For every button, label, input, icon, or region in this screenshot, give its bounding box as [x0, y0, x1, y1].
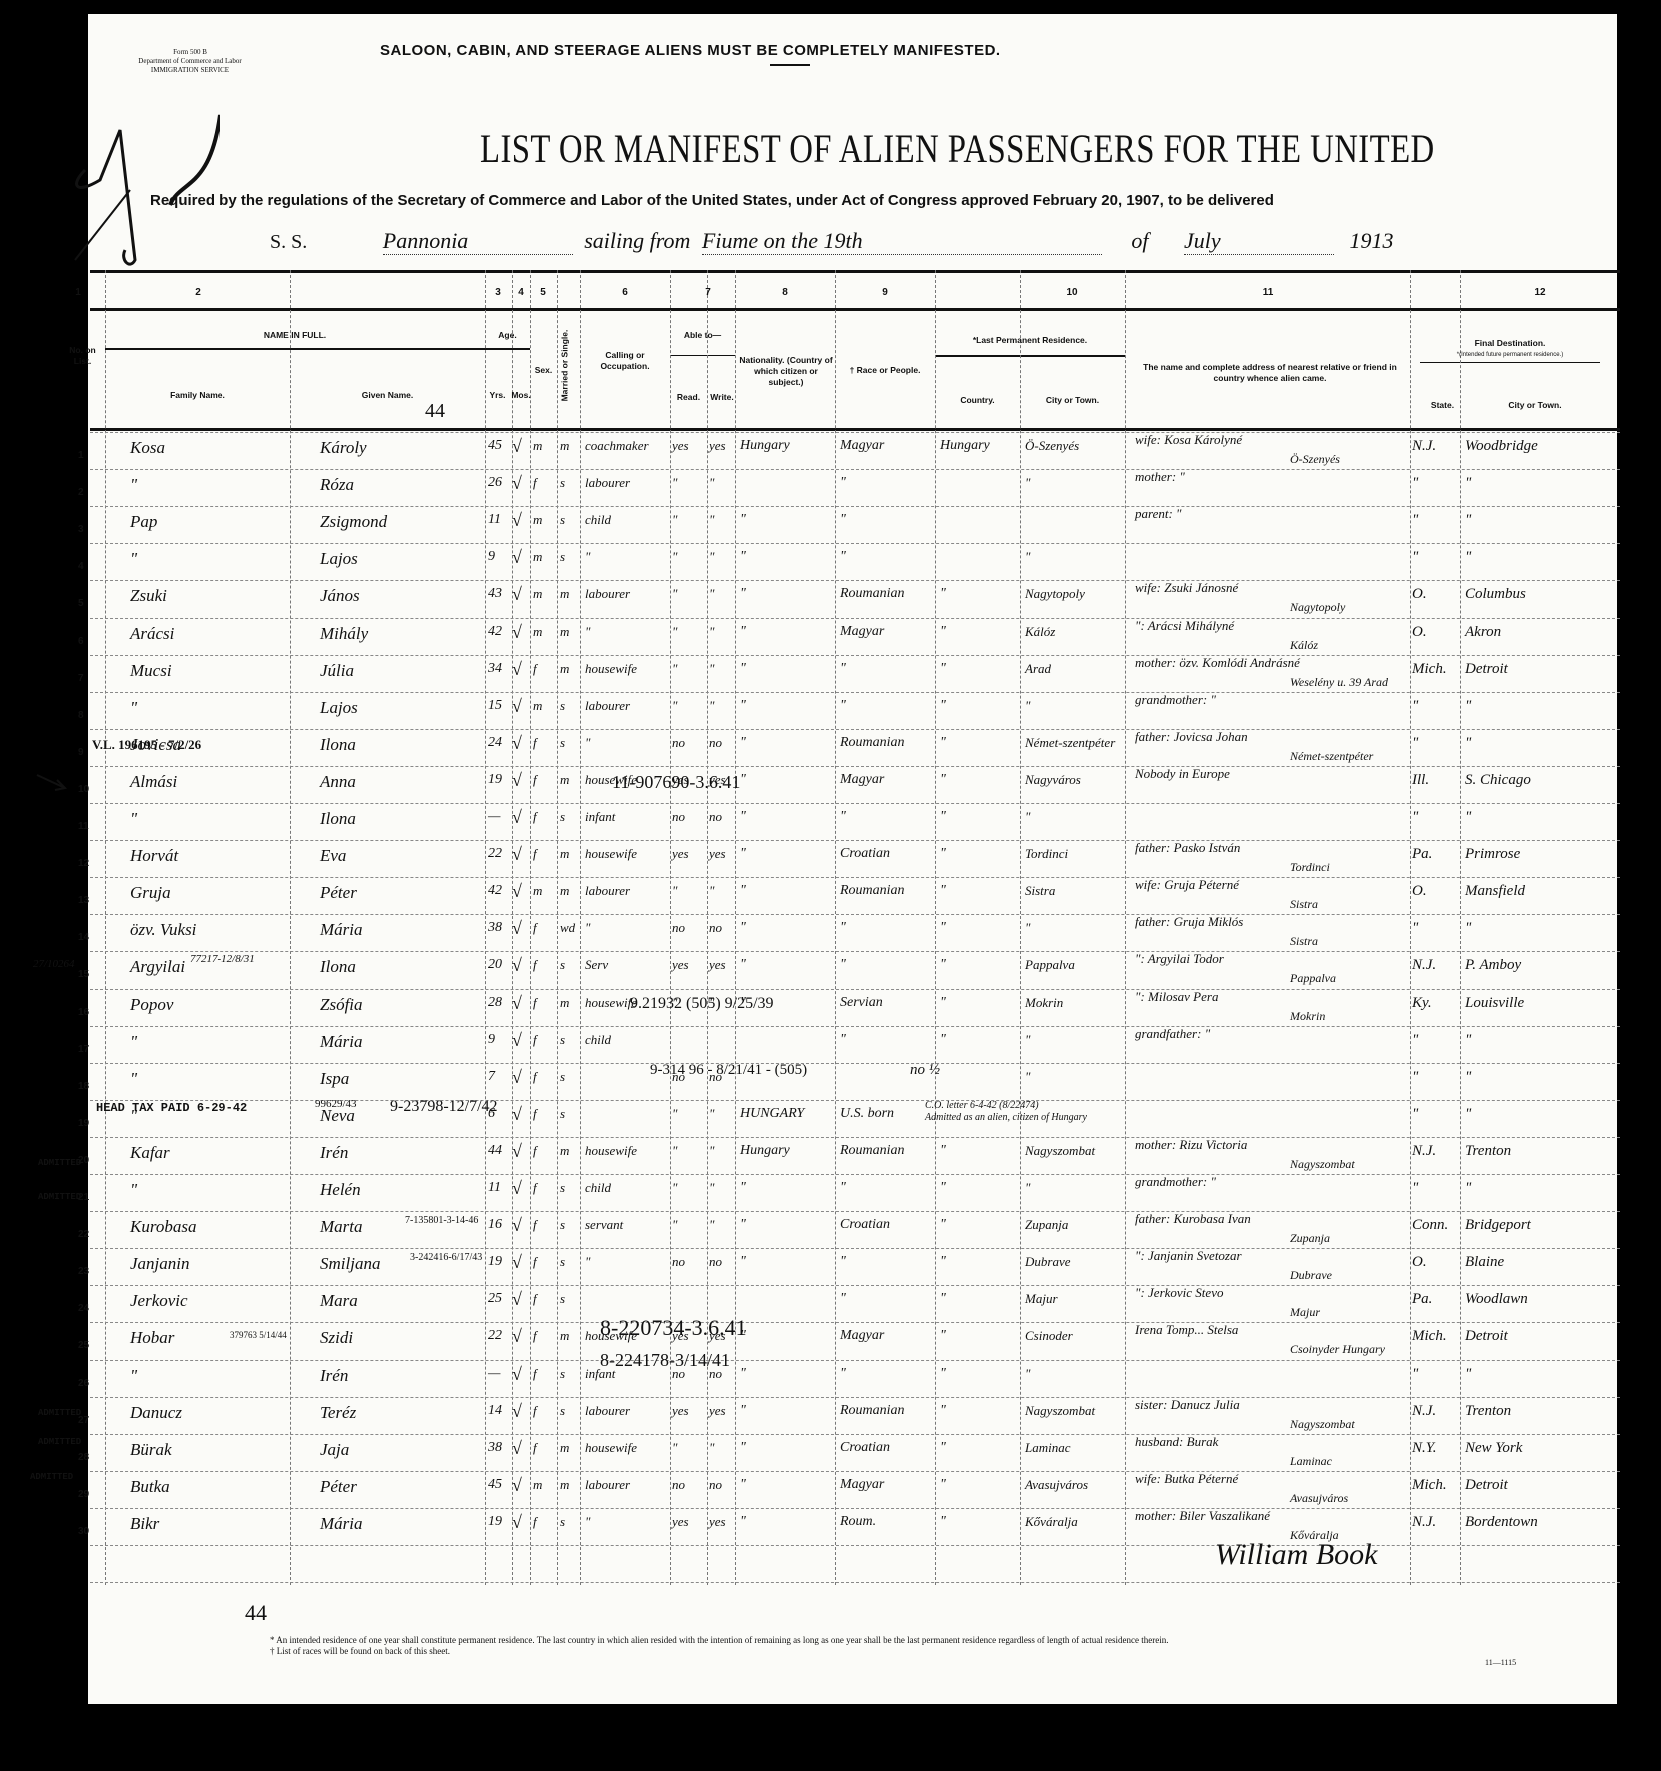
relative-cell: parent: " — [1135, 506, 1182, 522]
row-number: 30 — [78, 1526, 89, 1537]
grid-row-line — [90, 1582, 1620, 1583]
age-cell: 15 — [488, 698, 502, 714]
destination-city-cell: Trenton — [1465, 1143, 1511, 1160]
write-cell: " — [709, 661, 714, 677]
read-cell: no — [672, 920, 685, 936]
family-name-cell: Jerkovic — [130, 1291, 188, 1311]
state-cell: " — [1412, 698, 1418, 715]
annotation-row16: 9.21932 (505) 9/25/39 — [630, 995, 774, 1013]
occupation-cell: labourer — [585, 698, 630, 714]
read-cell: " — [672, 624, 677, 640]
scan-bottom-border — [0, 1706, 1661, 1771]
nationality-cell: " — [740, 512, 746, 528]
state-cell: Pa. — [1412, 846, 1432, 863]
age-cell: 26 — [488, 475, 502, 491]
of-label: of — [1131, 228, 1148, 253]
relative-cell: mother: Biler Vaszalikané — [1135, 1508, 1270, 1524]
table-row: 22KurobasaMarta16fsservant"""Croatian"Zu… — [0, 1211, 1590, 1248]
age-cell: 45 — [488, 438, 502, 454]
write-cell: " — [709, 512, 714, 528]
marital-cell: m — [560, 1477, 569, 1493]
annotation-row9: V.L. 196195 - 7/2/26 — [92, 737, 201, 753]
table-row: 8"Lajos15mslabourer""""""grandmother: ""… — [0, 692, 1590, 729]
relative-cell: wife: Kosa Károlyné — [1135, 432, 1242, 448]
race-cell: " — [840, 698, 846, 714]
row-number: 28 — [78, 1452, 89, 1463]
relative-cell: grandmother: " — [1135, 692, 1216, 708]
country-cell: " — [940, 1328, 946, 1344]
write-cell: " — [709, 1217, 714, 1233]
relative-cell: mother: " — [1135, 469, 1185, 485]
destination-city-cell: " — [1465, 475, 1471, 492]
header-yrs: Yrs. — [485, 390, 510, 401]
sex-cell: f — [533, 995, 537, 1011]
destination-city-cell: New York — [1465, 1440, 1522, 1457]
header-write: Write. — [707, 392, 737, 403]
relative-cell: ": Janjanin Svetozar — [1135, 1248, 1242, 1264]
sex-cell: m — [533, 698, 542, 714]
read-cell: yes — [672, 1514, 689, 1530]
occupation-cell: labourer — [585, 1403, 630, 1419]
nationality-cell: " — [740, 772, 746, 788]
state-cell: Mich. — [1412, 661, 1447, 678]
bottom-mark: 44 — [245, 1600, 267, 1626]
footnotes: * An intended residence of one year shal… — [270, 1635, 1169, 1657]
race-cell: Roumanian — [840, 1403, 905, 1419]
read-cell: " — [672, 512, 677, 528]
banner-rule — [770, 64, 810, 66]
relative-address-cell: Pappalva — [1290, 971, 1336, 986]
nationality-cell: " — [740, 1440, 746, 1456]
read-cell: " — [672, 661, 677, 677]
age-cell: 42 — [488, 883, 502, 899]
read-cell: " — [672, 883, 677, 899]
occupation-cell: housewife — [585, 1143, 637, 1159]
given-name-cell: Júlia — [320, 661, 354, 681]
checkmark-icon: √ — [512, 1326, 522, 1347]
age-cell: 24 — [488, 735, 502, 751]
rule-header-bottom — [90, 428, 1620, 431]
sex-cell: m — [533, 438, 542, 454]
city-cell: Arad — [1025, 661, 1051, 677]
header-race: † Race or People. — [835, 365, 935, 376]
city-cell: Zupanja — [1025, 1217, 1068, 1233]
state-cell: " — [1412, 735, 1418, 752]
age-cell: 42 — [488, 624, 502, 640]
ship-name: Pannonia — [383, 228, 573, 255]
checkmark-icon: √ — [512, 1104, 522, 1125]
sex-cell: f — [533, 846, 537, 862]
row-number: 7 — [78, 673, 84, 684]
annotation-row22: 7-135801-3-14-46 — [405, 1215, 478, 1226]
destination-city-cell: " — [1465, 920, 1471, 937]
country-cell: " — [940, 846, 946, 862]
race-cell: " — [840, 549, 846, 565]
table-row: 28BürakJaja38fmhousewife"""Croatian"Lami… — [0, 1434, 1590, 1471]
country-cell: " — [940, 1180, 946, 1196]
destination-city-cell: Woodbridge — [1465, 438, 1538, 455]
marital-cell: s — [560, 475, 565, 491]
nationality-cell: " — [740, 586, 746, 602]
family-name-cell: Kurobasa — [130, 1217, 196, 1237]
age-cell: 9 — [488, 1032, 495, 1048]
occupation-cell: housewife — [585, 846, 637, 862]
checkmark-icon: √ — [512, 1141, 522, 1162]
read-cell: yes — [672, 1403, 689, 1419]
relative-address-cell: Laminac — [1290, 1454, 1332, 1469]
nationality-cell: " — [740, 809, 746, 825]
checkmark-icon: √ — [512, 436, 522, 457]
marital-cell: m — [560, 1143, 569, 1159]
country-cell: " — [940, 1440, 946, 1456]
destination-city-cell: Detroit — [1465, 1328, 1508, 1345]
occupation-cell: child — [585, 1032, 611, 1048]
header-given-name: Given Name. — [290, 390, 485, 401]
table-row: 14özv. VuksiMária38fwd"nono""""father: G… — [0, 914, 1590, 951]
relative-cell: ": Milosav Pera — [1135, 989, 1218, 1005]
country-cell: " — [940, 1477, 946, 1493]
row-number: 8 — [78, 710, 84, 721]
country-cell: " — [940, 1514, 946, 1530]
relative-cell: father: Jovicsa Johan — [1135, 729, 1248, 745]
table-row: 25HobarSzidi22fmhousewifeyesyes"Magyar"C… — [0, 1322, 1590, 1359]
age-cell: 9 — [488, 549, 495, 565]
sex-cell: m — [533, 549, 542, 565]
race-cell: Magyar — [840, 1328, 884, 1344]
table-row: 27DanuczTeréz14fslaboureryesyes"Roumania… — [0, 1397, 1590, 1434]
write-cell: " — [709, 883, 714, 899]
given-name-cell: Lajos — [320, 698, 358, 718]
age-cell: 22 — [488, 1328, 502, 1344]
destination-city-cell: Detroit — [1465, 1477, 1508, 1494]
race-cell: " — [840, 1366, 846, 1382]
destination-city-cell: " — [1465, 1032, 1471, 1049]
write-cell: " — [709, 624, 714, 640]
read-cell: " — [672, 1143, 677, 1159]
destination-city-cell: Louisville — [1465, 995, 1524, 1012]
country-cell: " — [940, 1143, 946, 1159]
relative-address-cell: Csoinyder Hungary — [1290, 1342, 1385, 1357]
write-cell: " — [709, 1106, 714, 1122]
write-cell: yes — [709, 957, 726, 973]
relative-cell: mother: Rizu Victoria — [1135, 1137, 1247, 1153]
marital-cell: s — [560, 1106, 565, 1122]
state-cell: " — [1412, 1032, 1418, 1049]
age-cell: 38 — [488, 1440, 502, 1456]
nationality-cell: Hungary — [740, 438, 790, 454]
race-cell: Croatian — [840, 1217, 890, 1233]
marital-cell: s — [560, 1291, 565, 1307]
column-number: 12 — [1530, 287, 1550, 298]
age-cell: 19 — [488, 1254, 502, 1270]
marital-cell: s — [560, 1180, 565, 1196]
nationality-cell: " — [740, 920, 746, 936]
race-cell: " — [840, 512, 846, 528]
column-number: 11 — [1258, 287, 1278, 298]
annotation-row18: 9-314 96 - 8/21/41 - (505) — [650, 1062, 807, 1079]
given-name-cell: Eva — [320, 846, 346, 866]
sex-cell: f — [533, 1143, 537, 1159]
write-cell: " — [709, 586, 714, 602]
occupation-cell: " — [585, 549, 590, 565]
row-number: 25 — [78, 1340, 89, 1351]
given-name-cell: Irén — [320, 1366, 348, 1386]
marital-cell: s — [560, 1032, 565, 1048]
city-cell: Laminac — [1025, 1440, 1071, 1456]
race-cell: Magyar — [840, 438, 884, 454]
read-cell: " — [672, 586, 677, 602]
relative-cell: Nobody in Europe — [1135, 766, 1230, 782]
family-name-cell: Bürak — [130, 1440, 172, 1460]
given-name-cell: Péter — [320, 883, 357, 903]
annotation-row15: 77217-12/8/31 — [190, 953, 255, 965]
given-name-cell: Ilona — [320, 957, 356, 977]
state-cell: " — [1412, 809, 1418, 826]
family-name-cell: " — [130, 1366, 137, 1386]
read-cell: " — [672, 1180, 677, 1196]
destination-city-cell: Woodlawn — [1465, 1291, 1528, 1308]
checkmark-icon: √ — [512, 733, 522, 754]
write-cell: yes — [709, 1403, 726, 1419]
relative-cell: ": Arácsi Mihályné — [1135, 618, 1234, 634]
relative-cell: wife: Butka Péterné — [1135, 1471, 1238, 1487]
family-name-cell: Janjanin — [130, 1254, 190, 1274]
given-name-cell: Zsófia — [320, 995, 363, 1015]
race-cell: " — [840, 1032, 846, 1048]
city-cell: Sistra — [1025, 883, 1055, 899]
state-cell: N.J. — [1412, 438, 1436, 455]
header-married: Married or Single. — [560, 321, 571, 411]
table-row: 13GrujaPéter42mmlabourer"""Roumanian"Sis… — [0, 877, 1590, 914]
age-cell: 45 — [488, 1477, 502, 1493]
given-name-cell: Károly — [320, 438, 367, 458]
sex-cell: f — [533, 1180, 537, 1196]
family-name-cell: " — [130, 475, 137, 495]
occupation-cell: " — [585, 920, 590, 936]
nationality-cell: " — [740, 549, 746, 565]
family-name-cell: Popov — [130, 995, 173, 1015]
read-cell: " — [672, 1440, 677, 1456]
annotation-row19-note: C.O. letter 6-4-42 (8/22474) Admitted as… — [925, 1100, 1087, 1124]
form-code: 11—1115 — [1485, 1658, 1516, 1667]
checkmark-icon: √ — [512, 510, 522, 531]
occupation-cell: housewife — [585, 1440, 637, 1456]
given-name-cell: Mária — [320, 1514, 363, 1534]
city-cell: " — [1025, 1180, 1030, 1196]
annotation-row26: 8-224178-3/14/41 — [600, 1350, 730, 1371]
given-name-cell: Jaja — [320, 1440, 349, 1460]
sex-cell: m — [533, 883, 542, 899]
destination-city-cell: Akron — [1465, 624, 1501, 641]
country-cell: " — [940, 586, 946, 602]
sex-cell: f — [533, 772, 537, 788]
city-cell: " — [1025, 809, 1030, 825]
marital-cell: s — [560, 1254, 565, 1270]
header-family-name: Family Name. — [105, 390, 290, 401]
relative-address-cell: Ö-Szenyés — [1290, 452, 1340, 467]
relative-address-cell: Nagyszombat — [1290, 1157, 1355, 1172]
country-cell: " — [940, 624, 946, 640]
city-cell: Nagytopoly — [1025, 586, 1085, 602]
marital-cell: m — [560, 995, 569, 1011]
annotation-row10: 11-907690-3.6.41 — [612, 772, 740, 793]
destination-city-cell: Detroit — [1465, 661, 1508, 678]
relative-cell: Irena Tomp... Stelsa — [1135, 1322, 1238, 1338]
table-row: 7MucsiJúlia34fmhousewife"""""Aradmother:… — [0, 655, 1590, 692]
write-cell: " — [709, 475, 714, 491]
race-cell: " — [840, 1291, 846, 1307]
header-final-destination: Final Destination. — [1420, 338, 1600, 349]
admitted-stamp-20: ADMITTED — [38, 1158, 81, 1168]
given-name-cell: Zsigmond — [320, 512, 387, 532]
country-cell: " — [940, 957, 946, 973]
relative-cell: sister: Danucz Julia — [1135, 1397, 1240, 1413]
row-number: 6 — [78, 636, 84, 647]
header-city: City or Town. — [1020, 395, 1125, 406]
family-name-cell: Horvát — [130, 846, 178, 866]
marital-cell: s — [560, 735, 565, 751]
write-cell: yes — [709, 1514, 726, 1530]
checkmark-icon: √ — [512, 1512, 522, 1533]
row-number: 18 — [78, 1081, 89, 1092]
sex-cell: f — [533, 1106, 537, 1122]
family-name-cell: Bikr — [130, 1514, 159, 1534]
read-cell: " — [672, 698, 677, 714]
co-letter-note: C.O. letter 6-4-42 (8/22474) — [925, 1100, 1087, 1112]
age-cell: 7 — [488, 1069, 495, 1085]
sex-cell: f — [533, 1403, 537, 1419]
state-cell: N.J. — [1412, 957, 1436, 974]
header-able-to: Able to— — [670, 330, 735, 341]
city-cell: " — [1025, 1069, 1030, 1085]
checkmark-icon: √ — [512, 955, 522, 976]
city-cell: Kálóz — [1025, 624, 1055, 640]
relative-cell: ": Argyilai Todor — [1135, 951, 1224, 967]
state-cell: " — [1412, 1366, 1418, 1383]
nationality-cell: " — [740, 846, 746, 862]
table-row: 11"Ilona—fsinfantnono""""""√ — [0, 803, 1590, 840]
row-number: 16 — [78, 1007, 89, 1018]
destination-city-cell: " — [1465, 809, 1471, 826]
marital-cell: m — [560, 772, 569, 788]
country-cell: " — [940, 661, 946, 677]
checkmark-icon: √ — [512, 1475, 522, 1496]
row-number: 12 — [78, 858, 89, 869]
relative-address-cell: Zupanja — [1290, 1231, 1330, 1246]
marital-cell: m — [560, 586, 569, 602]
family-name-cell: " — [130, 549, 137, 569]
state-cell: O. — [1412, 586, 1427, 603]
given-name-cell: Marta — [320, 1217, 363, 1237]
occupation-cell: housewife — [585, 661, 637, 677]
country-cell: " — [940, 1403, 946, 1419]
checkmark-icon: √ — [512, 993, 522, 1014]
relative-address-cell: Avasujváros — [1290, 1491, 1348, 1506]
nationality-cell: " — [740, 1217, 746, 1233]
sex-cell: f — [533, 1217, 537, 1233]
race-cell: Roumanian — [840, 735, 905, 751]
given-name-cell: Péter — [320, 1477, 357, 1497]
read-cell: no — [672, 1254, 685, 1270]
country-cell: Hungary — [940, 438, 990, 454]
race-cell: " — [840, 809, 846, 825]
sailing-year: 1913 — [1350, 228, 1394, 253]
family-name-cell: " — [130, 698, 137, 718]
nationality-cell: " — [740, 735, 746, 751]
table-row: 17"Mária9fschild"""grandfather: """√ — [0, 1026, 1590, 1063]
table-row: 24JerkovicMara25fs""Majur": Jerkovic Ste… — [0, 1285, 1590, 1322]
nationality-cell: " — [740, 624, 746, 640]
age-cell: — — [488, 1366, 500, 1382]
row-number: 13 — [78, 895, 89, 906]
family-name-cell: Gruja — [130, 883, 171, 903]
given-name-cell: Mara — [320, 1291, 358, 1311]
signature: William Book — [1215, 1538, 1377, 1572]
marital-cell: s — [560, 809, 565, 825]
age-cell: 14 — [488, 1403, 502, 1419]
family-name-cell: Zsuki — [130, 586, 167, 606]
relative-address-cell: Weselény u. 39 Arad — [1290, 675, 1388, 690]
country-cell: " — [940, 698, 946, 714]
city-cell: Pappalva — [1025, 957, 1075, 973]
country-cell: " — [940, 883, 946, 899]
write-cell: no — [709, 1254, 722, 1270]
destination-city-cell: Bordentown — [1465, 1514, 1538, 1531]
age-cell: 44 — [488, 1143, 502, 1159]
relative-address-cell: Kálóz — [1290, 638, 1318, 653]
head-tax-number: 99629/43 — [315, 1098, 357, 1110]
age-cell: 22 — [488, 846, 502, 862]
state-cell: Ky. — [1412, 995, 1432, 1012]
age-cell: 11 — [488, 1180, 501, 1196]
age-cell: 34 — [488, 661, 502, 677]
annotation-row23: 3-242416-6/17/43 — [410, 1252, 482, 1263]
nationality-cell: " — [740, 1254, 746, 1270]
age-cell: 43 — [488, 586, 502, 602]
read-cell: " — [672, 1217, 677, 1233]
city-cell: " — [1025, 1366, 1030, 1382]
table-row: 23JanjaninSmiljana19fs"nono"""Dubrave": … — [0, 1248, 1590, 1285]
race-cell: Servian — [840, 995, 883, 1011]
destination-city-cell: " — [1465, 1069, 1471, 1086]
marital-cell: s — [560, 1514, 565, 1530]
occupation-cell: Serv — [585, 957, 608, 973]
occupation-cell: infant — [585, 809, 615, 825]
given-name-cell: Lajos — [320, 549, 358, 569]
relative-address-cell: Mokrin — [1290, 1009, 1325, 1024]
state-cell: O. — [1412, 624, 1427, 641]
table-row: 4"Lajos9ms""""""""√ — [0, 543, 1590, 580]
destination-city-cell: Mansfield — [1465, 883, 1525, 900]
admitted-alien-note: Admitted as an alien, citizen of Hungary — [925, 1112, 1087, 1124]
destination-city-cell: Trenton — [1465, 1403, 1511, 1420]
manifest-banner: SALOON, CABIN, AND STEERAGE ALIENS MUST … — [380, 42, 1001, 59]
table-row: 6ArácsiMihály42mm""""Magyar"Kálóz": Arác… — [0, 618, 1590, 655]
age-cell: 19 — [488, 1514, 502, 1530]
marital-cell: m — [560, 438, 569, 454]
write-cell: " — [709, 549, 714, 565]
state-cell: N.Y. — [1412, 1440, 1436, 1457]
given-name-cell: Irén — [320, 1143, 348, 1163]
ss-label: S. S. — [270, 231, 307, 253]
race-cell: U.S. born — [840, 1106, 894, 1122]
rule-colnums — [90, 308, 1620, 311]
marital-cell: m — [560, 846, 569, 862]
rule-able-split — [670, 355, 735, 356]
footnote-star: * An intended residence of one year shal… — [270, 1635, 1169, 1646]
nationality-cell: " — [740, 1514, 746, 1530]
occupation-cell: child — [585, 1180, 611, 1196]
